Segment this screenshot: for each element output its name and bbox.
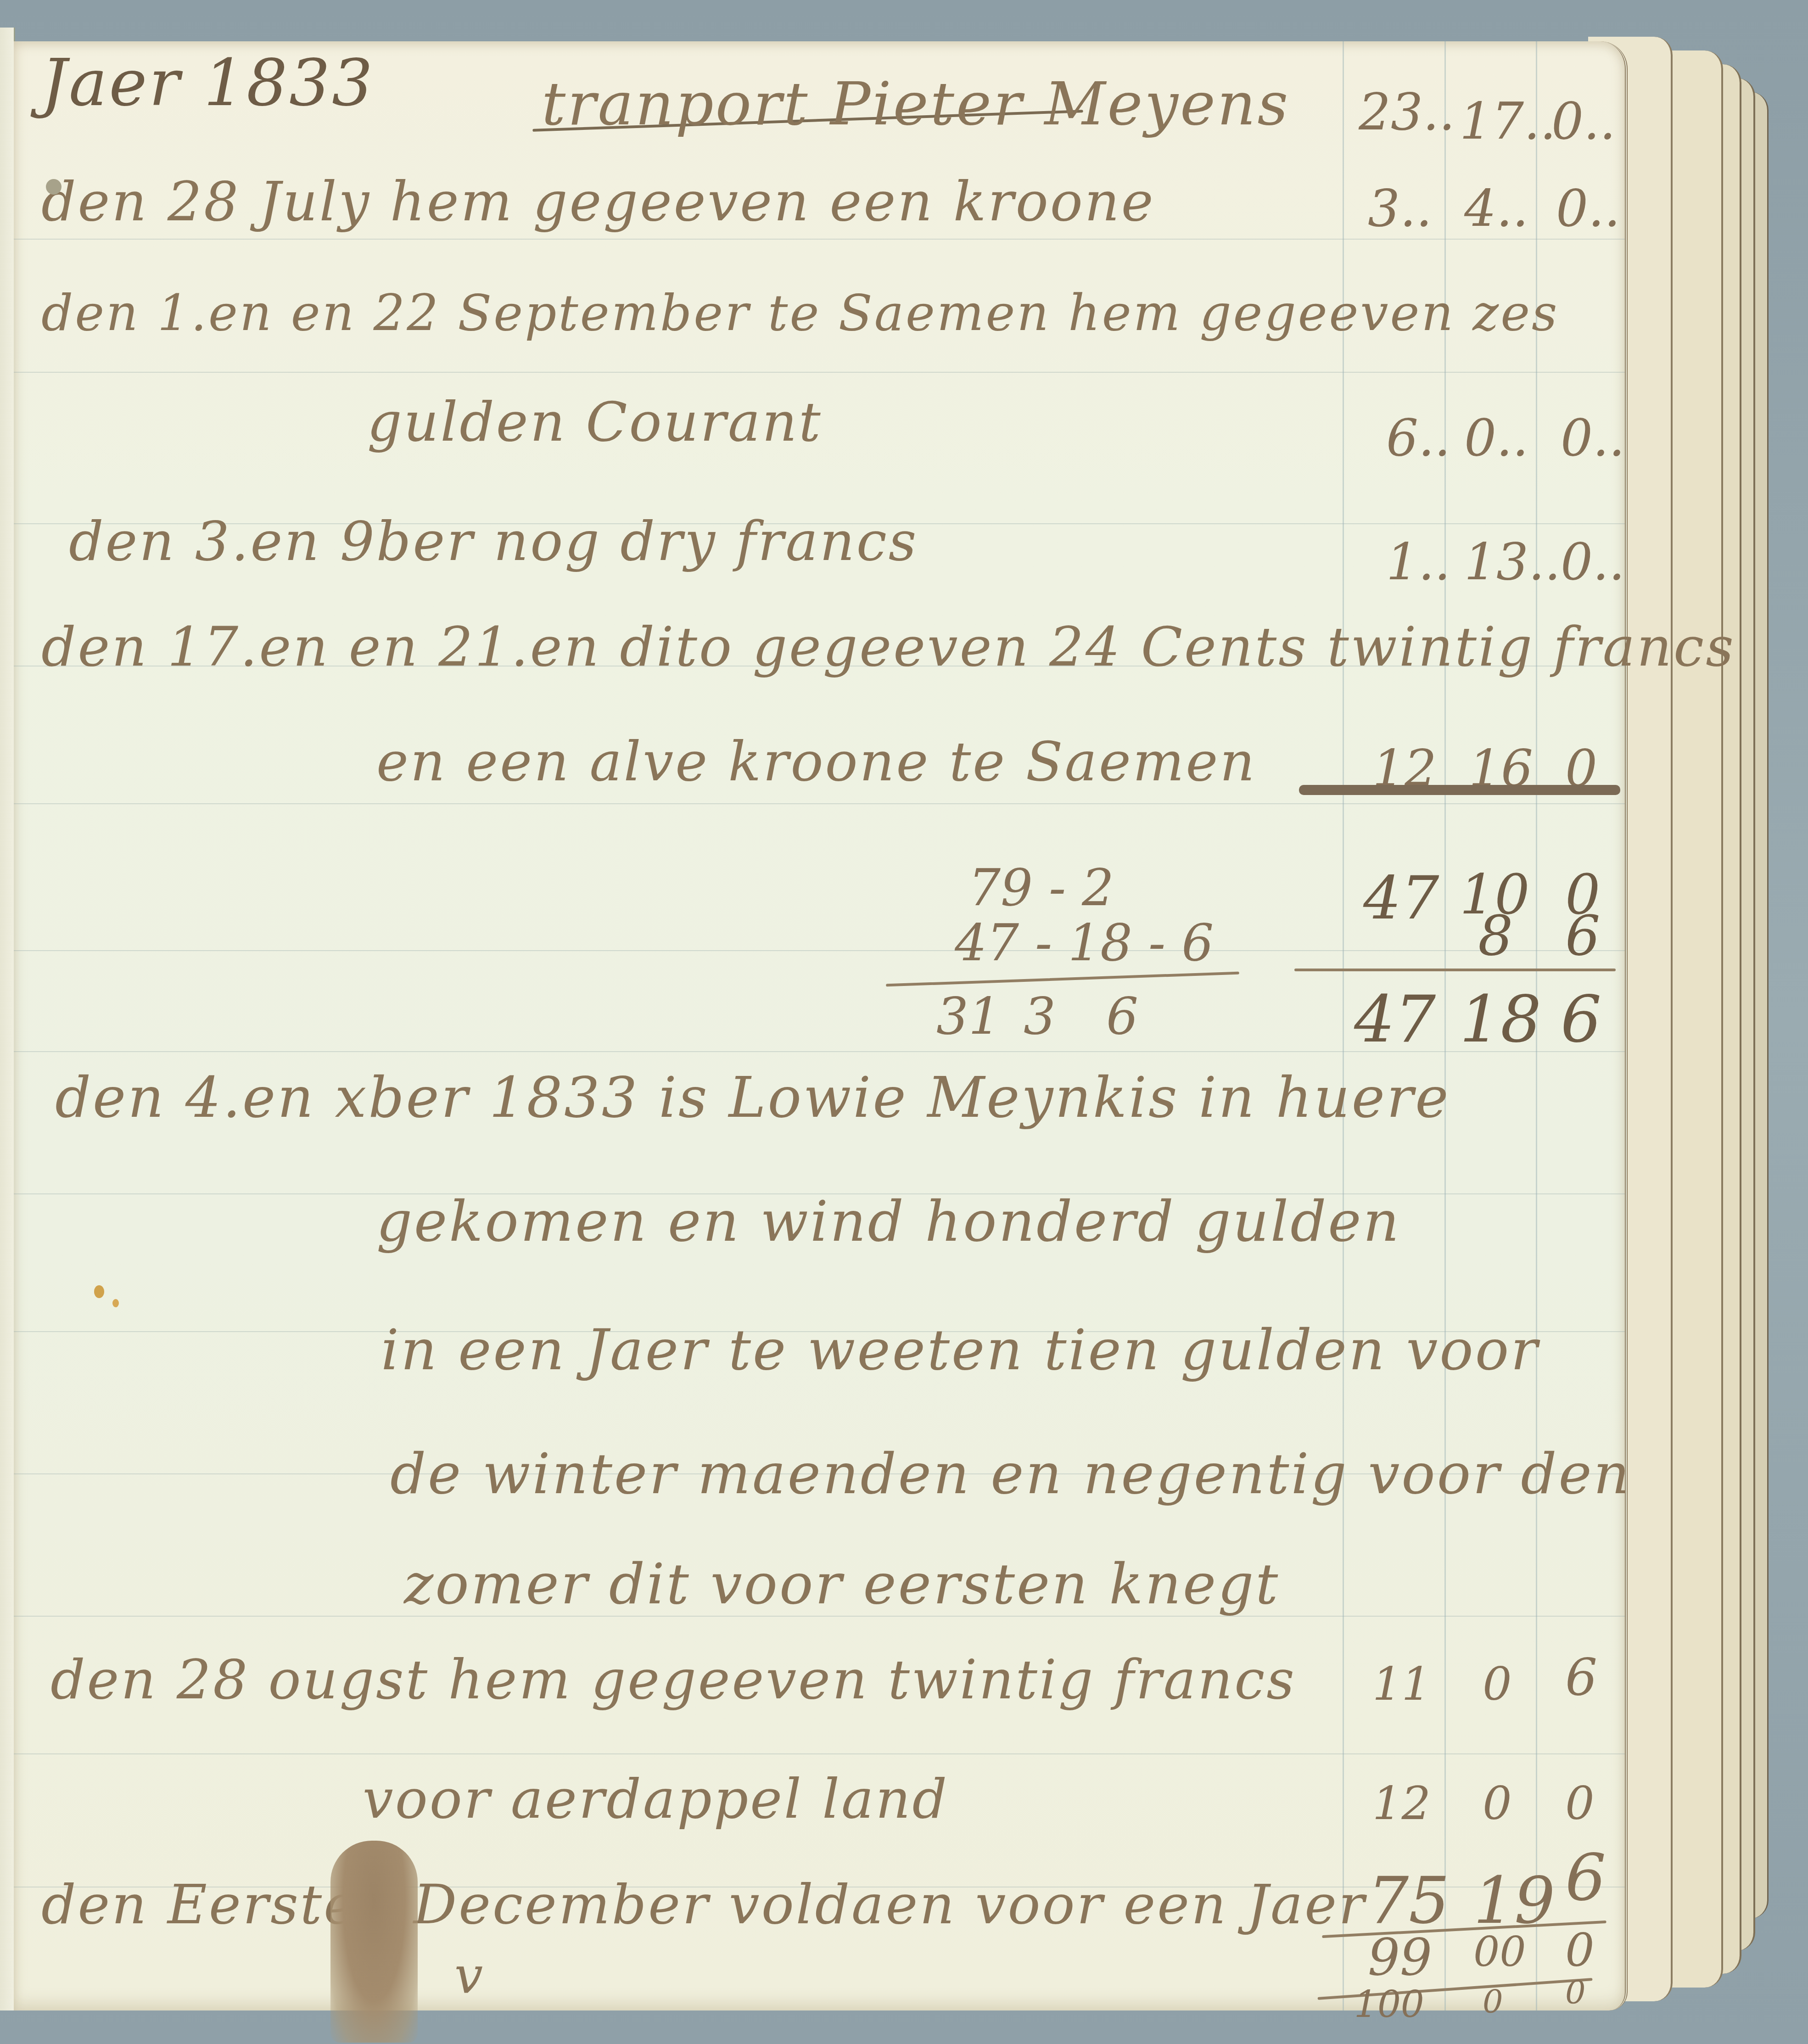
final-sum-guilders: 99: [1368, 1928, 1432, 1987]
payment-amount: 12: [1372, 1776, 1431, 1830]
grand-total-stuivers: 0: [1483, 1983, 1503, 2021]
addition-stuivers: 8: [1478, 904, 1513, 968]
payment-amount: 0: [1483, 1657, 1512, 1711]
footer-mark: v: [454, 1946, 485, 2005]
ruled-line: [14, 1753, 1625, 1754]
entry-text: den 28 July hem gegeeven een kroone: [41, 170, 1155, 233]
contract-line: zomer dit voor eersten knegt: [404, 1551, 1280, 1617]
payment-amount: 6: [1565, 1648, 1597, 1707]
payment-amount: 0: [1565, 1776, 1595, 1830]
previous-page-edge: [0, 28, 15, 2010]
header-title: tranport Pieter Meyens: [542, 69, 1290, 139]
year-label: Jaer 1833: [41, 46, 375, 121]
contract-line: gekomen en wind honderd gulden: [376, 1189, 1401, 1254]
entry-amount: 4..: [1464, 179, 1528, 238]
calc-result-guilders: 31: [936, 987, 1001, 1046]
header-amount-guilders: 23..: [1359, 83, 1455, 141]
ruled-line: [14, 803, 1625, 804]
entry-text: den 3.en 9ber nog dry francs: [69, 510, 918, 573]
entry-amount: 13..: [1464, 532, 1561, 591]
grand-total-guilders: 100: [1354, 1983, 1424, 2026]
ink-spot: [46, 179, 62, 195]
entry-continuation: gulden Courant: [367, 390, 823, 454]
total-guilders: 47: [1354, 982, 1436, 1057]
entry-amount: 1..: [1386, 532, 1450, 591]
total-rule: [1299, 785, 1620, 795]
header-amount-pennies: 0..: [1551, 92, 1616, 151]
payment-amount: 75: [1368, 1864, 1450, 1938]
calc-result-pennies: 6: [1106, 987, 1138, 1046]
rust-spot: [94, 1285, 104, 1298]
entry-amount: 0..: [1464, 409, 1528, 467]
ledger-page: Jaer 1833 tranport Pieter Meyens 23.. 17…: [14, 41, 1628, 2010]
header-amount-stuivers: 17..: [1460, 92, 1556, 151]
subtotal-rule: [1294, 969, 1616, 971]
payment-amount: 11: [1372, 1657, 1431, 1711]
entry-continuation: en een alve kroone te Saemen: [376, 730, 1256, 793]
final-sum-stuivers: 00: [1473, 1928, 1526, 1976]
calc-result-stuivers: 3: [1024, 987, 1056, 1046]
rust-spot: [112, 1299, 119, 1307]
contract-line: de winter maenden en negentig voor den: [390, 1441, 1631, 1506]
total-pennies: 6: [1561, 982, 1601, 1057]
entry-amount: 0..: [1561, 532, 1625, 591]
grand-total-pennies: 0: [1565, 1974, 1586, 2011]
total-stuivers: 18: [1460, 982, 1541, 1057]
entry-text: den 17.en en 21.en dito gegeeven 24 Cent…: [41, 615, 1735, 678]
payment-amount: 6: [1565, 1841, 1606, 1915]
entry-amount: 6..: [1386, 409, 1450, 467]
subtotal-guilders: 47: [1363, 863, 1439, 933]
ruled-line: [14, 372, 1625, 373]
ruled-line: [14, 950, 1625, 951]
entry-amount: 0..: [1561, 409, 1625, 467]
calc-line-2: 47 - 18 - 6: [955, 913, 1214, 972]
payment-text: den Eersten December voldaen voor een Ja…: [41, 1873, 1366, 1936]
ruled-line: [14, 239, 1625, 240]
payment-text: den 28 ougst hem gegeeven twintig francs: [50, 1648, 1296, 1711]
entry-text: den 1.en en 22 September te Saemen hem g…: [41, 285, 1559, 342]
calc-rule: [886, 972, 1239, 987]
water-stain: [330, 1841, 418, 2043]
payment-text: voor aerdappel land: [363, 1767, 949, 1831]
payment-amount: 0: [1483, 1776, 1512, 1830]
contract-line: den 4.en xber 1833 is Lowie Meynkis in h…: [55, 1065, 1450, 1130]
final-sum-pennies: 0: [1565, 1923, 1595, 1977]
entry-amount: 3..: [1368, 179, 1432, 238]
calc-line-1: 79 - 2: [968, 858, 1114, 917]
contract-line: in een Jaer te weeten tien gulden voor: [381, 1317, 1539, 1383]
addition-pennies: 6: [1565, 904, 1600, 968]
entry-amount: 0..: [1556, 179, 1620, 238]
